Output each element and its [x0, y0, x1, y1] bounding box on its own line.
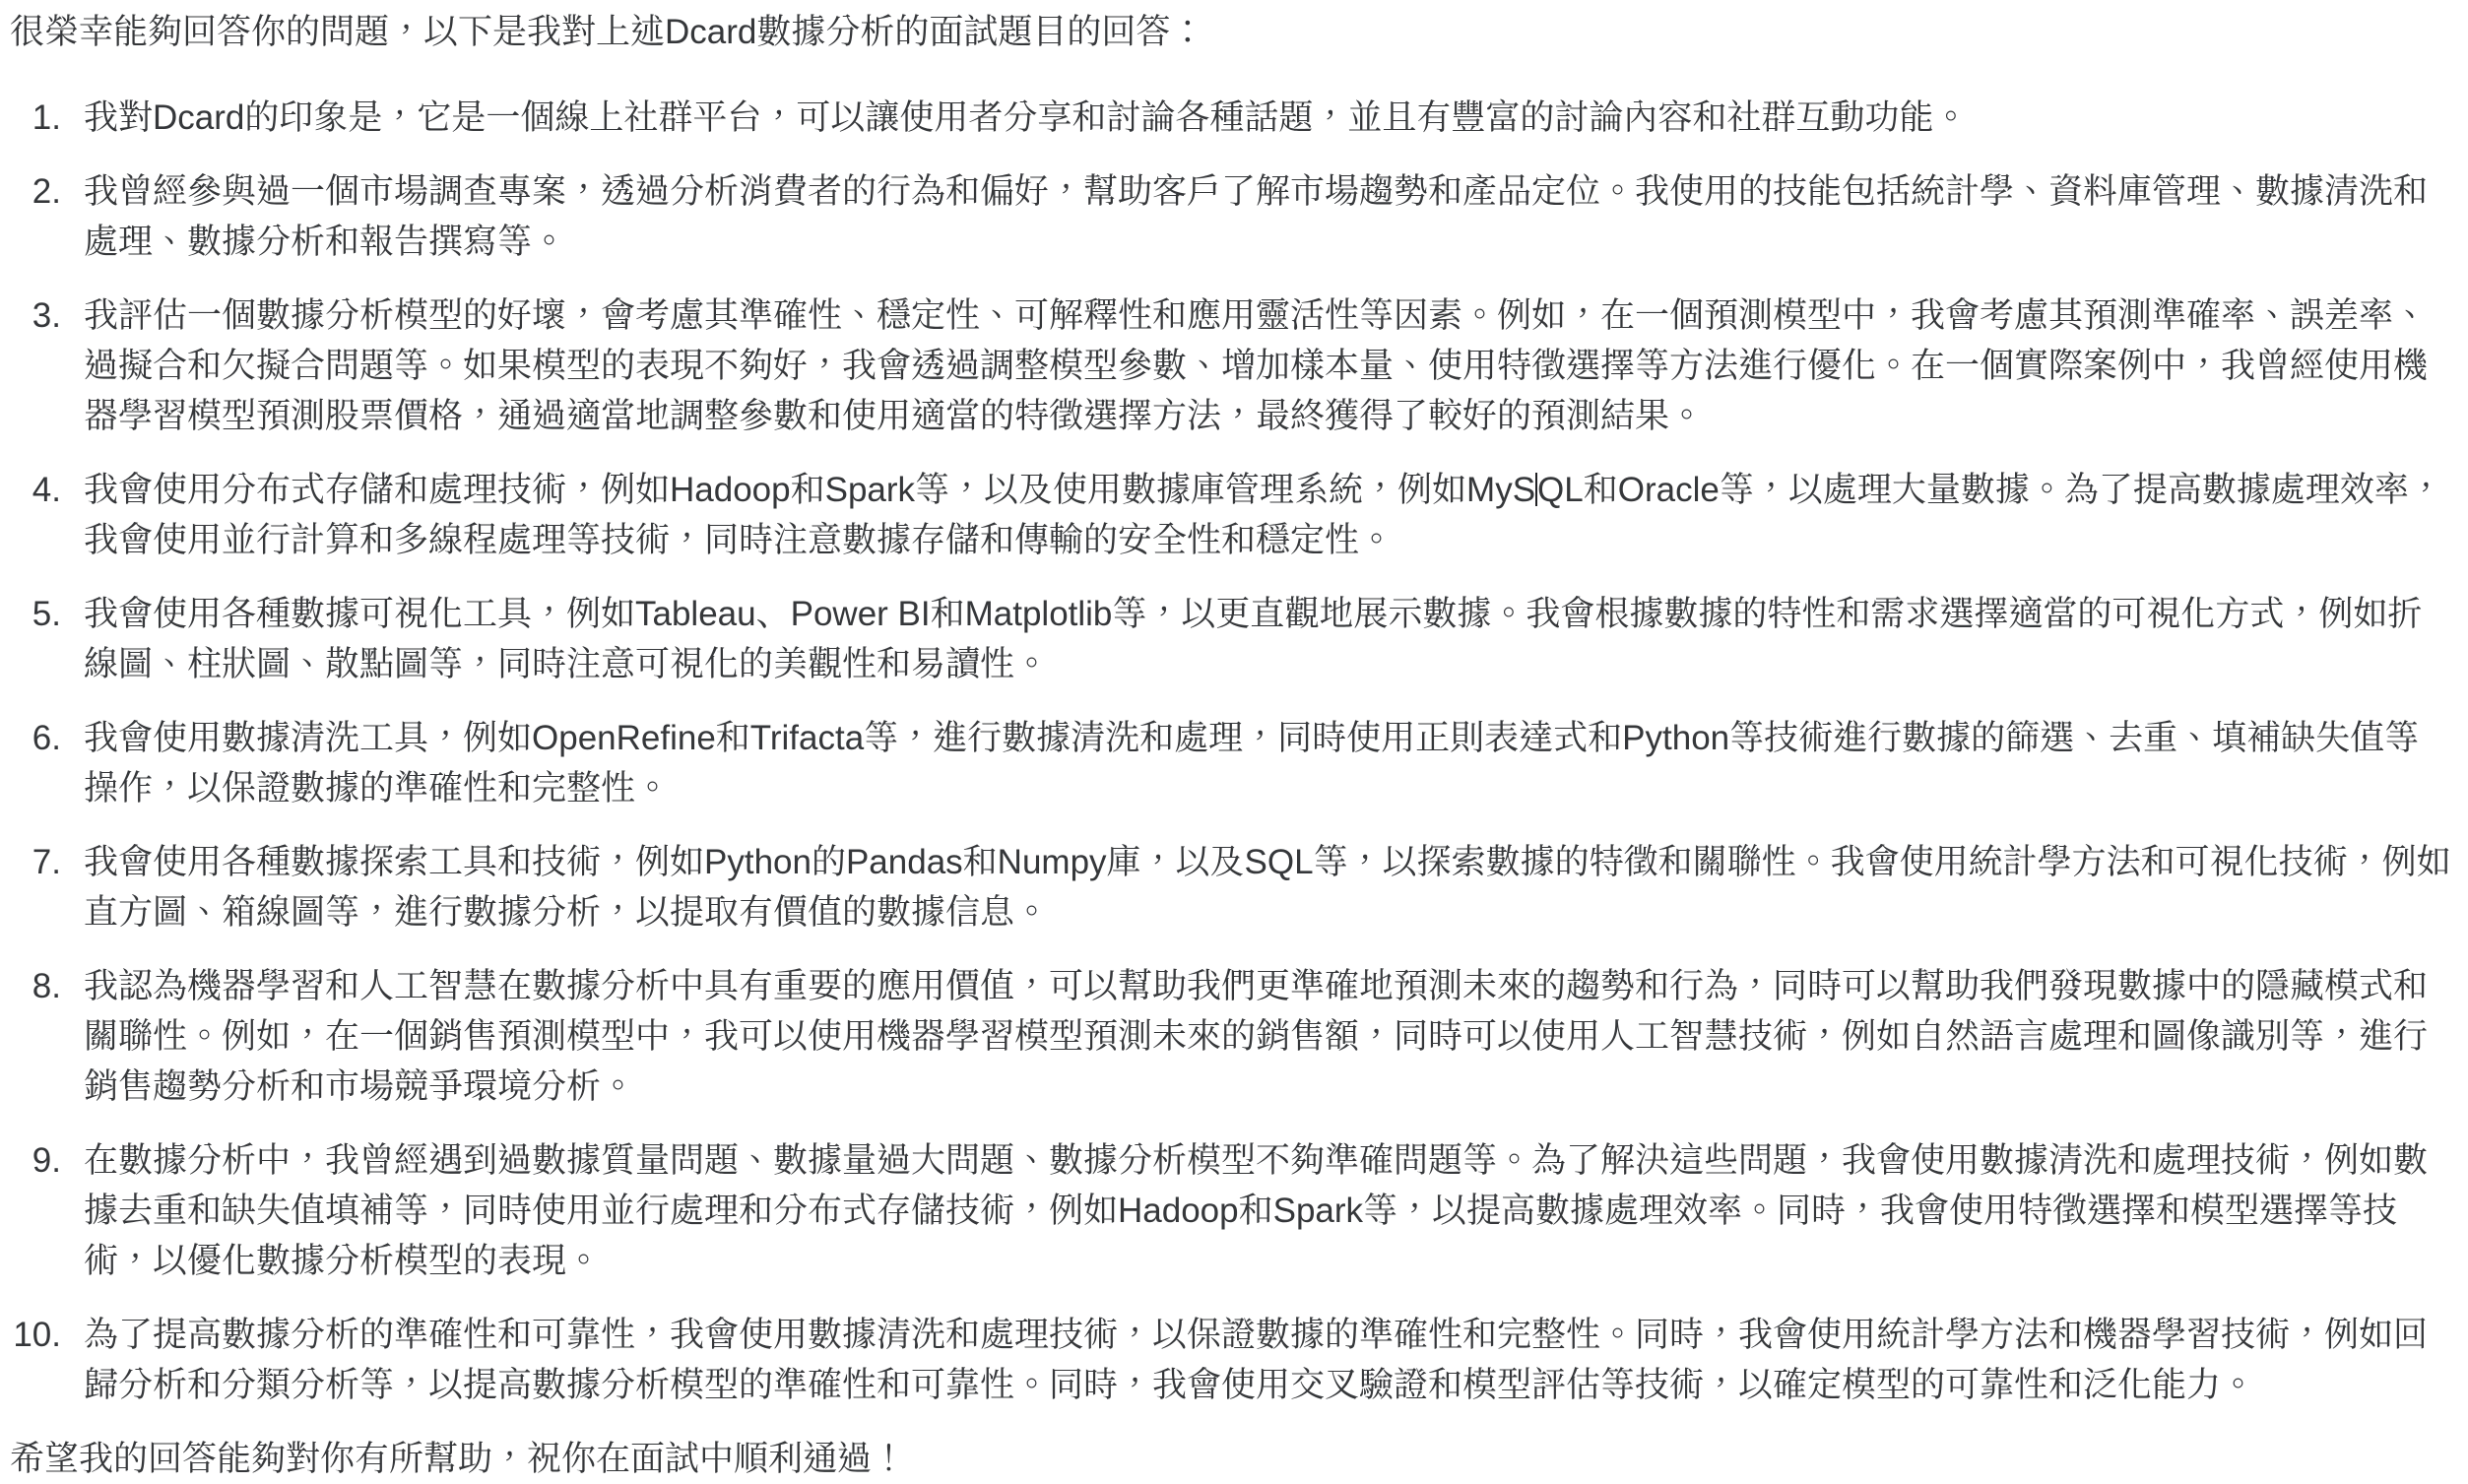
- item-text: 為了提高數據分析的準確性和可靠性，我會使用數據清洗和處理技術，以保證數據的準確性…: [84, 1316, 2428, 1404]
- answer-item-1: 1. 我對Dcard的印象是，它是一個線上社群平台，可以讓使用者分享和討論各種話…: [10, 93, 2452, 143]
- item-number: 8.: [10, 961, 61, 1011]
- answer-document[interactable]: 很榮幸能夠回答你的問題，以下是我對上述Dcard數據分析的面試題目的回答： 1.…: [0, 0, 2468, 1484]
- answer-item-2: 2. 我曾經參與過一個市場調查專案，透過分析消費者的行為和偏好，幫助客戶了解市場…: [10, 166, 2452, 267]
- item-number: 7.: [10, 837, 61, 887]
- closing-paragraph: 希望我的回答能夠對你有所幫助，祝你在面試中順利通過！: [10, 1434, 2452, 1484]
- item-number: 1.: [10, 93, 61, 143]
- item-number: 10.: [10, 1310, 61, 1360]
- item-number: 2.: [10, 166, 61, 217]
- answer-item-3: 3. 我評估一個數據分析模型的好壞，會考慮其準確性、穩定性、可解釋性和應用靈活性…: [10, 290, 2452, 441]
- item-text: 我會使用各種數據可視化工具，例如Tableau、Power BI和Matplot…: [84, 595, 2422, 683]
- item-text: 我對Dcard的印象是，它是一個線上社群平台，可以讓使用者分享和討論各種話題，並…: [84, 98, 1968, 137]
- answer-item-10: 10. 為了提高數據分析的準確性和可靠性，我會使用數據清洗和處理技術，以保證數據…: [10, 1310, 2452, 1410]
- answer-item-8: 8. 我認為機器學習和人工智慧在數據分析中具有重要的應用價值，可以幫助我們更準確…: [10, 961, 2452, 1112]
- item-text: 我評估一個數據分析模型的好壞，會考慮其準確性、穩定性、可解釋性和應用靈活性等因素…: [84, 296, 2428, 435]
- item-text: 我會使用分布式存儲和處理技術，例如Hadoop和Spark等，以及使用數據庫管理…: [84, 471, 2443, 559]
- item-text: 在數據分析中，我曾經遇到過數據質量問題、數據量過大問題、數據分析模型不夠準確問題…: [84, 1141, 2428, 1280]
- item-number: 9.: [10, 1135, 61, 1186]
- item-number: 4.: [10, 465, 61, 515]
- answer-item-9: 9. 在數據分析中，我曾經遇到過數據質量問題、數據量過大問題、數據分析模型不夠準…: [10, 1135, 2452, 1286]
- item-number: 6.: [10, 713, 61, 763]
- answer-item-4: 4. 我會使用分布式存儲和處理技術，例如Hadoop和Spark等，以及使用數據…: [10, 465, 2452, 565]
- item-text: 我會使用各種數據探索工具和技術，例如Python的Pandas和Numpy庫，以…: [84, 843, 2451, 932]
- item-text: 我曾經參與過一個市場調查專案，透過分析消費者的行為和偏好，幫助客戶了解市場趨勢和…: [84, 172, 2428, 261]
- item-text: 我會使用數據清洗工具，例如OpenRefine和Trifacta等，進行數據清洗…: [84, 719, 2419, 807]
- page: { "answer": { "intro": "很榮幸能夠回答你的問題，以下是我…: [0, 0, 2468, 1484]
- item-number: 5.: [10, 589, 61, 639]
- answer-list: 1. 我對Dcard的印象是，它是一個線上社群平台，可以讓使用者分享和討論各種話…: [10, 93, 2452, 1410]
- intro-paragraph: 很榮幸能夠回答你的問題，以下是我對上述Dcard數據分析的面試題目的回答：: [10, 7, 2452, 57]
- item-text: 我認為機器學習和人工智慧在數據分析中具有重要的應用價值，可以幫助我們更準確地預測…: [84, 967, 2428, 1106]
- answer-item-5: 5. 我會使用各種數據可視化工具，例如Tableau、Power BI和Matp…: [10, 589, 2452, 689]
- answer-item-7: 7. 我會使用各種數據探索工具和技術，例如Python的Pandas和Numpy…: [10, 837, 2452, 937]
- answer-item-6: 6. 我會使用數據清洗工具，例如OpenRefine和Trifacta等，進行數…: [10, 713, 2452, 813]
- item-number: 3.: [10, 290, 61, 341]
- item-text-before-cursor: 我會使用分布式存儲和處理技術，例如Hadoop和Spark等，以及使用數據庫管理…: [84, 471, 1535, 509]
